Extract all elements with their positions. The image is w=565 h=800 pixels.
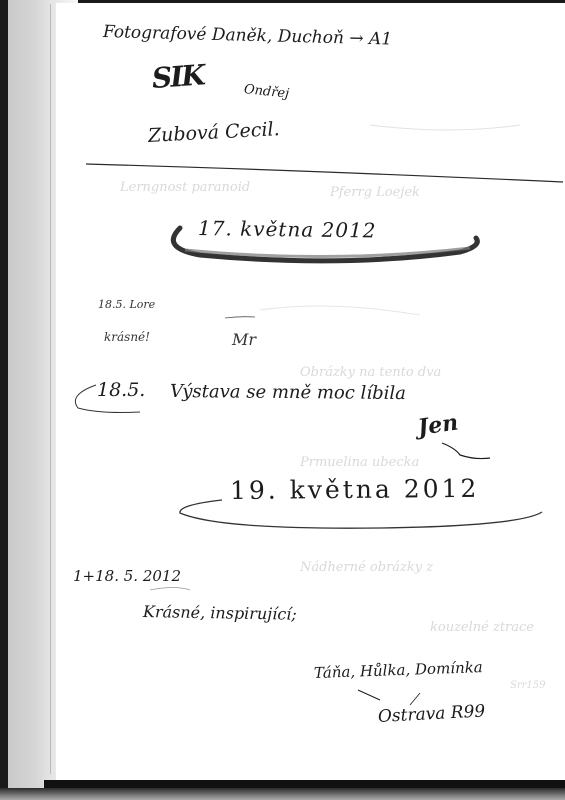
book-bottom-edge bbox=[0, 788, 565, 800]
pen-strokes bbox=[0, 0, 565, 800]
divider-line bbox=[86, 164, 563, 182]
underline-swoosh bbox=[180, 500, 542, 528]
date-underline bbox=[75, 385, 140, 413]
